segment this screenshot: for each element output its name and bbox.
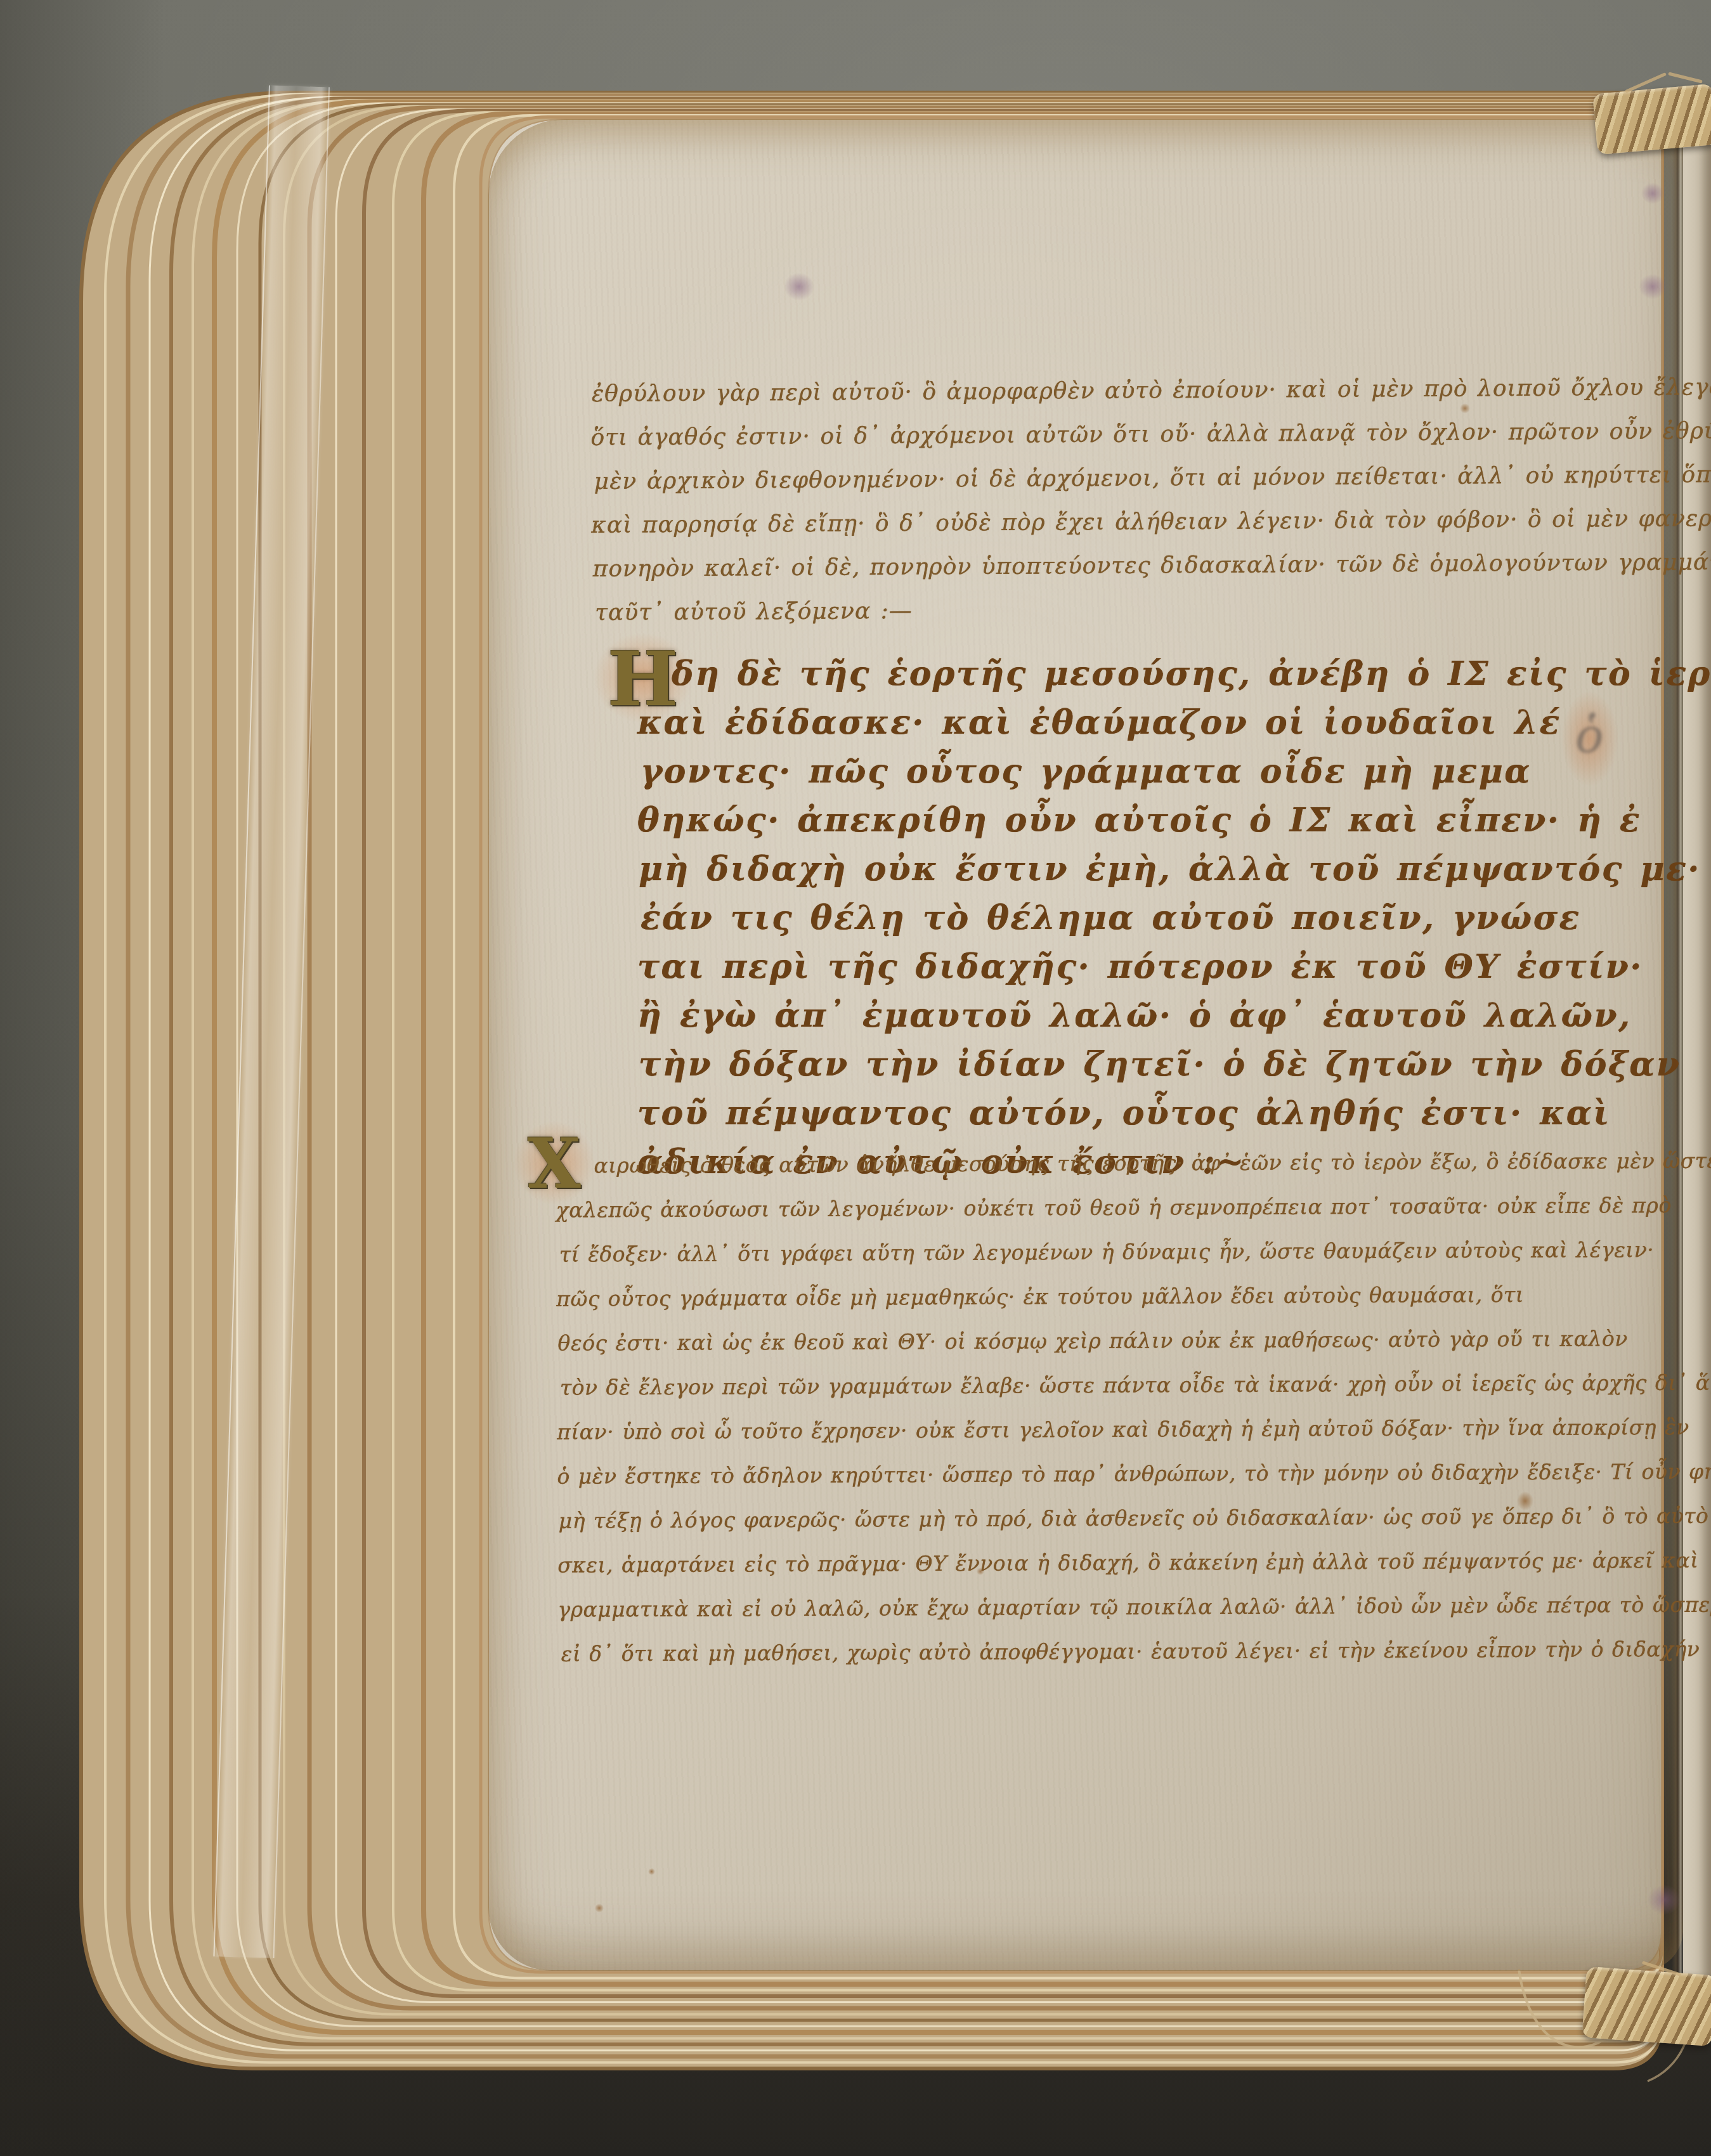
endband-bottom — [1582, 1966, 1711, 2046]
text-line: ἢ ἐγὼ ἀπ᾽ ἐμαυτοῦ λαλῶ· ὁ ἀφ᾽ ἑαυτοῦ λαλ… — [637, 991, 1493, 1040]
offset-letter: ὁ — [1575, 709, 1604, 763]
gospel-lemma-block: δη δὲ τῆς ἑορτῆς μεσούσης, ἀνέβη ὁ ΙΣ εἰ… — [637, 649, 1493, 1186]
text-line: τὴν δόξαν τὴν ἰδίαν ζητεῖ· ὁ δὲ ζητῶν τὴ… — [637, 1040, 1493, 1089]
endband-top — [1592, 84, 1711, 155]
text-line: γοντες· πῶς οὗτος γράμματα οἶδε μὴ μεμα — [637, 747, 1493, 796]
text-line: χαλεπῶς ἀκούσωσι τῶν λεγομένων· οὐκέτι τ… — [556, 1183, 1621, 1232]
text-line: θηκώς· ἀπεκρίθη οὖν αὐτοῖς ὁ ΙΣ καὶ εἶπε… — [637, 796, 1493, 845]
text-line: δη δὲ τῆς ἑορτῆς μεσούσης, ἀνέβη ὁ ΙΣ εἰ… — [637, 649, 1493, 698]
commentary-block-bottom: αιρωθεὶς ὁ θεὸς αὐτῶν ἀνῆλθε μεσούσης τῆ… — [556, 1139, 1623, 1676]
text-line: θεός ἐστι· καὶ ὡς ἐκ θεοῦ καὶ ΘΥ· οἱ κόσ… — [556, 1316, 1622, 1365]
text-line: καὶ παρρησίᾳ δὲ εἴπῃ· ὃ δ᾽ οὐδὲ πὸρ ἔχει… — [591, 497, 1625, 547]
commentary-block-top: ἐθρύλουν γὰρ περὶ αὐτοῦ· ὃ ἀμορφαρθὲν αὐ… — [590, 366, 1625, 635]
text-line: εἰ δ᾽ ὅτι καὶ μὴ μαθήσει, χωρὶς αὐτὸ ἀπο… — [558, 1627, 1623, 1676]
text-line: τὸν δὲ ἔλεγον περὶ τῶν γραμμάτων ἔλαβε· … — [557, 1361, 1622, 1410]
text-line: μὴ τέξῃ ὁ λόγος φανερῶς· ὥστε μὴ τὸ πρό,… — [557, 1494, 1623, 1543]
text-line: ὅτι ἀγαθός ἐστιν· οἱ δ᾽ ἀρχόμενοι αὐτῶν … — [590, 410, 1624, 460]
text-line: πίαν· ὑπὸ σοὶ ὧ τοῦτο ἔχρησεν· οὐκ ἔστι … — [557, 1405, 1622, 1454]
text-line: αιρωθεὶς ὁ θεὸς αὐτῶν ἀνῆλθε μεσούσης τῆ… — [556, 1139, 1621, 1188]
text-line: τοῦ πέμψαντος αὐτόν, οὗτος ἀληθής ἐστι· … — [637, 1089, 1493, 1138]
text-line: ται περὶ τῆς διδαχῆς· πότερον ἐκ τοῦ ΘΥ … — [637, 942, 1493, 991]
text-line: γραμματικὰ καὶ εἰ οὐ λαλῶ, οὐκ ἔχω ἁμαρτ… — [557, 1583, 1623, 1632]
text-line: καὶ ἐδίδασκε· καὶ ἐθαύμαζον οἱ ἰουδαῖοι … — [637, 698, 1493, 747]
text-line: ἐάν τις θέλῃ τὸ θέλημα αὐτοῦ ποιεῖν, γνώ… — [637, 893, 1493, 942]
text-line: πονηρὸν καλεῖ· οἱ δὲ, πονηρὸν ὑποπτεύοντ… — [591, 541, 1625, 591]
text-line: πῶς οὗτος γράμματα οἶδε μὴ μεμαθηκώς· ἐκ… — [556, 1272, 1622, 1321]
text-line: τί ἔδοξεν· ἀλλ᾽ ὅτι γράφει αὕτη τῶν λεγο… — [556, 1228, 1622, 1276]
marginal-offset-mark: ὁ — [1561, 691, 1618, 786]
text-line: μὲν ἀρχικὸν διεφθονημένον· οἱ δὲ ἀρχόμεν… — [591, 453, 1625, 503]
facing-page-sliver — [1683, 124, 1711, 1992]
text-line: μὴ διδαχὴ οὐκ ἔστιν ἐμὴ, ἀλλὰ τοῦ πέμψαν… — [637, 845, 1493, 893]
manuscript-photo: ὁ ἐθρύλουν γὰρ περὶ αὐτοῦ· ὃ ἀμορφαρθὲν … — [0, 0, 1711, 2156]
text-line: ὁ μὲν ἔστηκε τὸ ἄδηλον κηρύττει· ὥσπερ τ… — [557, 1450, 1622, 1498]
text-line: σκει, ἁμαρτάνει εἰς τὸ πρᾶγμα· ΘΥ ἔννοια… — [557, 1538, 1623, 1587]
text-line: ἐθρύλουν γὰρ περὶ αὐτοῦ· ὃ ἀμορφαρθὲν αὐ… — [590, 366, 1624, 416]
text-line: ταῦτ᾽ αὐτοῦ λεξόμενα :— — [592, 585, 1625, 635]
